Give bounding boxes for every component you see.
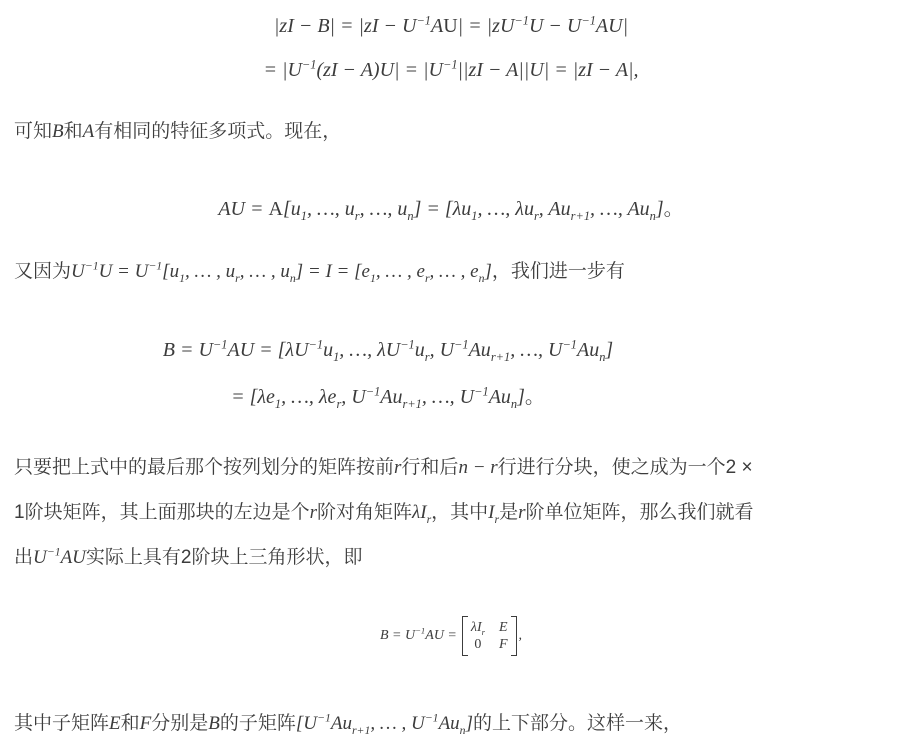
display-equation-char-poly-line-1: |zI − B| = |zI − U−1AU| = |zU−1U − U−1AU…	[14, 13, 888, 39]
display-equation-b-line-1: B = U−1AU = [λU−1u1, …, λU−1ur, U−1Aur+1…	[14, 337, 762, 363]
paragraph-block-partition-line-2: 1阶块矩阵，其上面那块的左边是个r阶对角矩阵λIr，其中Ir是r阶单位矩阵，那么…	[14, 500, 888, 526]
display-equation-char-poly-line-2: = |U−1(zI − A)U| = |U−1||zI − A||U| = |z…	[14, 57, 888, 83]
display-equation-b-line-2: = [λe1, …, λer, U−1Aur+1, …, U−1Aun]。	[14, 384, 762, 410]
paragraph-same-char-poly: 可知B和A有相同的特征多项式。现在，	[14, 119, 888, 145]
display-equation-au: AU = A[u1, …, ur, …, un] = [λu1, …, λur,…	[14, 196, 888, 222]
block-matrix-grid: λIr E 0 F	[468, 618, 511, 654]
right-bracket	[511, 616, 517, 656]
paragraph-further: 又因为U−1U = U−1[u1, … , ur, … , un] = I = …	[14, 259, 888, 285]
matrix-cell-lambda-ir: λIr	[471, 619, 485, 636]
display-equation-block-matrix: B = U−1AU = λIr E 0 F ,	[14, 614, 888, 658]
matrix-cell-e: E	[499, 619, 508, 636]
block-matrix-comma: ,	[519, 628, 523, 644]
document-page: |zI − B| = |zI − U−1AU| = |zU−1U − U−1AU…	[0, 0, 902, 737]
paragraph-submatrices: 其中子矩阵E和F分别是B的子矩阵[U−1Aur+1, … , U−1Aun]的上…	[14, 711, 888, 737]
paragraph-block-partition-line-1: 只要把上式中的最后那个按列划分的矩阵按前r行和后n − r行进行分块，使之成为一…	[14, 455, 888, 481]
paragraph-block-partition-line-3: 出U−1AU实际上具有2阶块上三角形状，即	[14, 545, 888, 571]
block-matrix-lhs: B = U−1AU =	[380, 628, 457, 644]
matrix-cell-f: F	[499, 636, 508, 653]
matrix-cell-zero: 0	[474, 636, 481, 653]
